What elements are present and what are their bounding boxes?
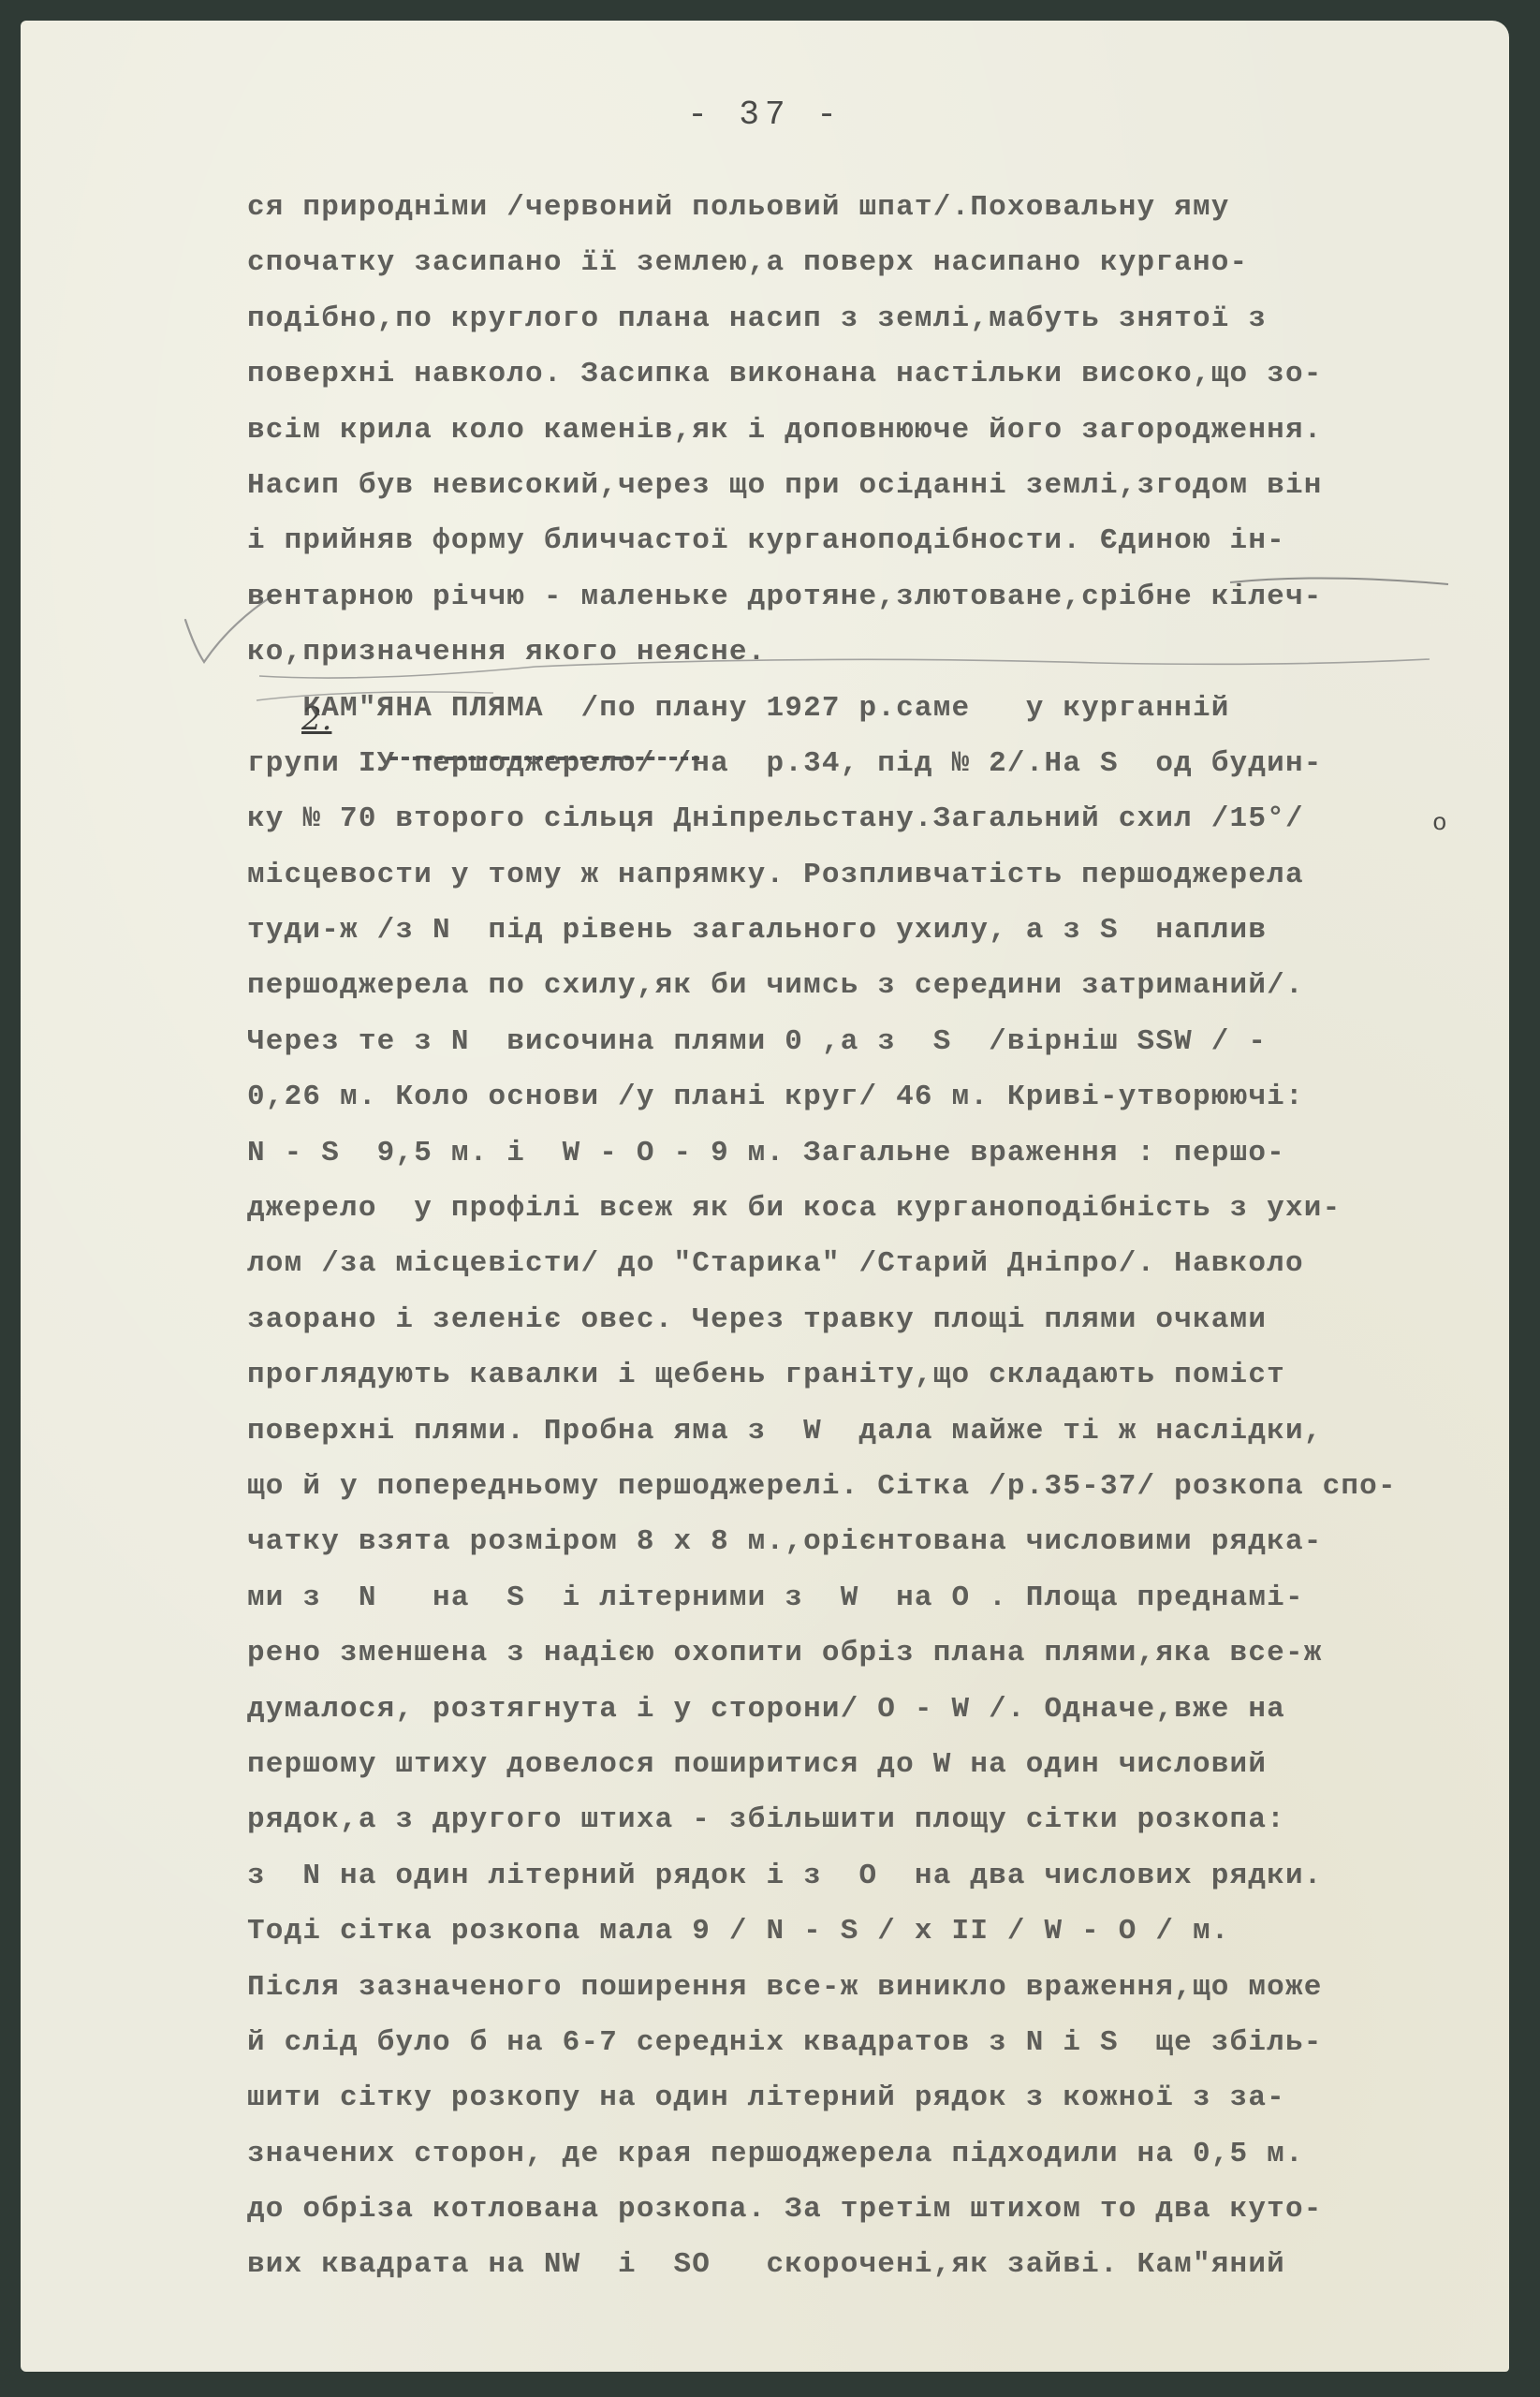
text-line: спочатку засипано її землею,а поверх нас… <box>247 235 1520 290</box>
text-line: Після зазначеного поширення все-ж виникл… <box>247 1960 1520 2015</box>
section-heading-line: КАМ"ЯНА ПЛЯМА /по плану 1927 р.саме у ку… <box>247 681 1520 736</box>
text-line: поверхні навколо. Засипка виконана насті… <box>247 346 1520 402</box>
text-line: шити сітку розкопу на один літерний рядо… <box>247 2070 1520 2125</box>
text-line: 0,26 м. Коло основи /у плані круг/ 46 м.… <box>247 1069 1520 1125</box>
typed-text-body: ся природніми /червоний польовий шпат/.П… <box>247 180 1520 2293</box>
text-line: чатку взята розміром 8 х 8 м.,орієнтован… <box>247 1514 1520 1569</box>
text-line: поверхні плями. Пробна яма з W дала майж… <box>247 1404 1520 1459</box>
text-line: з N на один літерний рядок і з O на два … <box>247 1848 1520 1904</box>
text-line: вих квадрата на NW і SO скорочені,як зай… <box>247 2237 1520 2292</box>
text-line: ку № 70 второго сільця Дніпрельстану.Заг… <box>247 791 1520 846</box>
text-line: N - S 9,5 м. і W - O - 9 м. Загальне вра… <box>247 1125 1520 1181</box>
text-line: всім крила коло каменів,як і доповнююче … <box>247 403 1520 458</box>
text-line: заорано і зеленіє овес. Через травку пло… <box>247 1292 1520 1347</box>
text-line: ся природніми /червоний польовий шпат/.П… <box>247 180 1520 235</box>
text-line: першому штиху довелося поширитися до W н… <box>247 1737 1520 1792</box>
text-line: подібно,по круглого плана насип з землі,… <box>247 291 1520 346</box>
text-line: туди-ж /з N під рівень загального ухилу,… <box>247 903 1520 958</box>
text-line: рено зменшена з надією охопити обріз пла… <box>247 1625 1520 1681</box>
text-line: ми з N на S і літерними з W на O . Площа… <box>247 1570 1520 1625</box>
document-page: - 37 - 2. o ся природніми /червоний поль… <box>21 21 1509 2372</box>
text-line: вентарною річчю - маленьке дротяне,злюто… <box>247 569 1520 625</box>
text-line: рядок,а з другого штиха - збільшити площ… <box>247 1792 1520 1847</box>
text-line: Насип був невисокий,через що при осіданн… <box>247 458 1520 513</box>
text-line: першоджерела по схилу,як би чимсь з сере… <box>247 958 1520 1013</box>
text-line: що й у попередньому першоджерелі. Сітка … <box>247 1459 1520 1514</box>
page-number: - 37 - <box>21 96 1509 134</box>
text-line: і прийняв форму бличчастої курганоподібн… <box>247 513 1520 568</box>
text-line: місцевости у тому ж напрямку. Розпливчат… <box>247 847 1520 903</box>
text-line: значених сторон, де края першоджерела пі… <box>247 2126 1520 2182</box>
text-line: до обріза котлована розкопа. За третім ш… <box>247 2182 1520 2237</box>
text-line: Через те з N височина плями 0 ,а з S /ві… <box>247 1014 1520 1069</box>
text-line: проглядують кавалки і щебень граніту,що … <box>247 1347 1520 1403</box>
text-line: джерело у профілі всеж як би коса курган… <box>247 1181 1520 1236</box>
text-line: групи ІУ першоджерело/ /на р.34, під № 2… <box>247 736 1520 791</box>
text-line: й слід було б на 6-7 середніх квадратов … <box>247 2015 1520 2070</box>
text-line: Тоді сітка розкопа мала 9 / N - S / х II… <box>247 1904 1520 1959</box>
text-line: ко,призначення якого неясне. <box>247 625 1520 680</box>
text-line: лом /за місцевісти/ до "Старика" /Старий… <box>247 1236 1520 1291</box>
text-line: думалося, розтягнута і у сторони/ O - W … <box>247 1682 1520 1737</box>
